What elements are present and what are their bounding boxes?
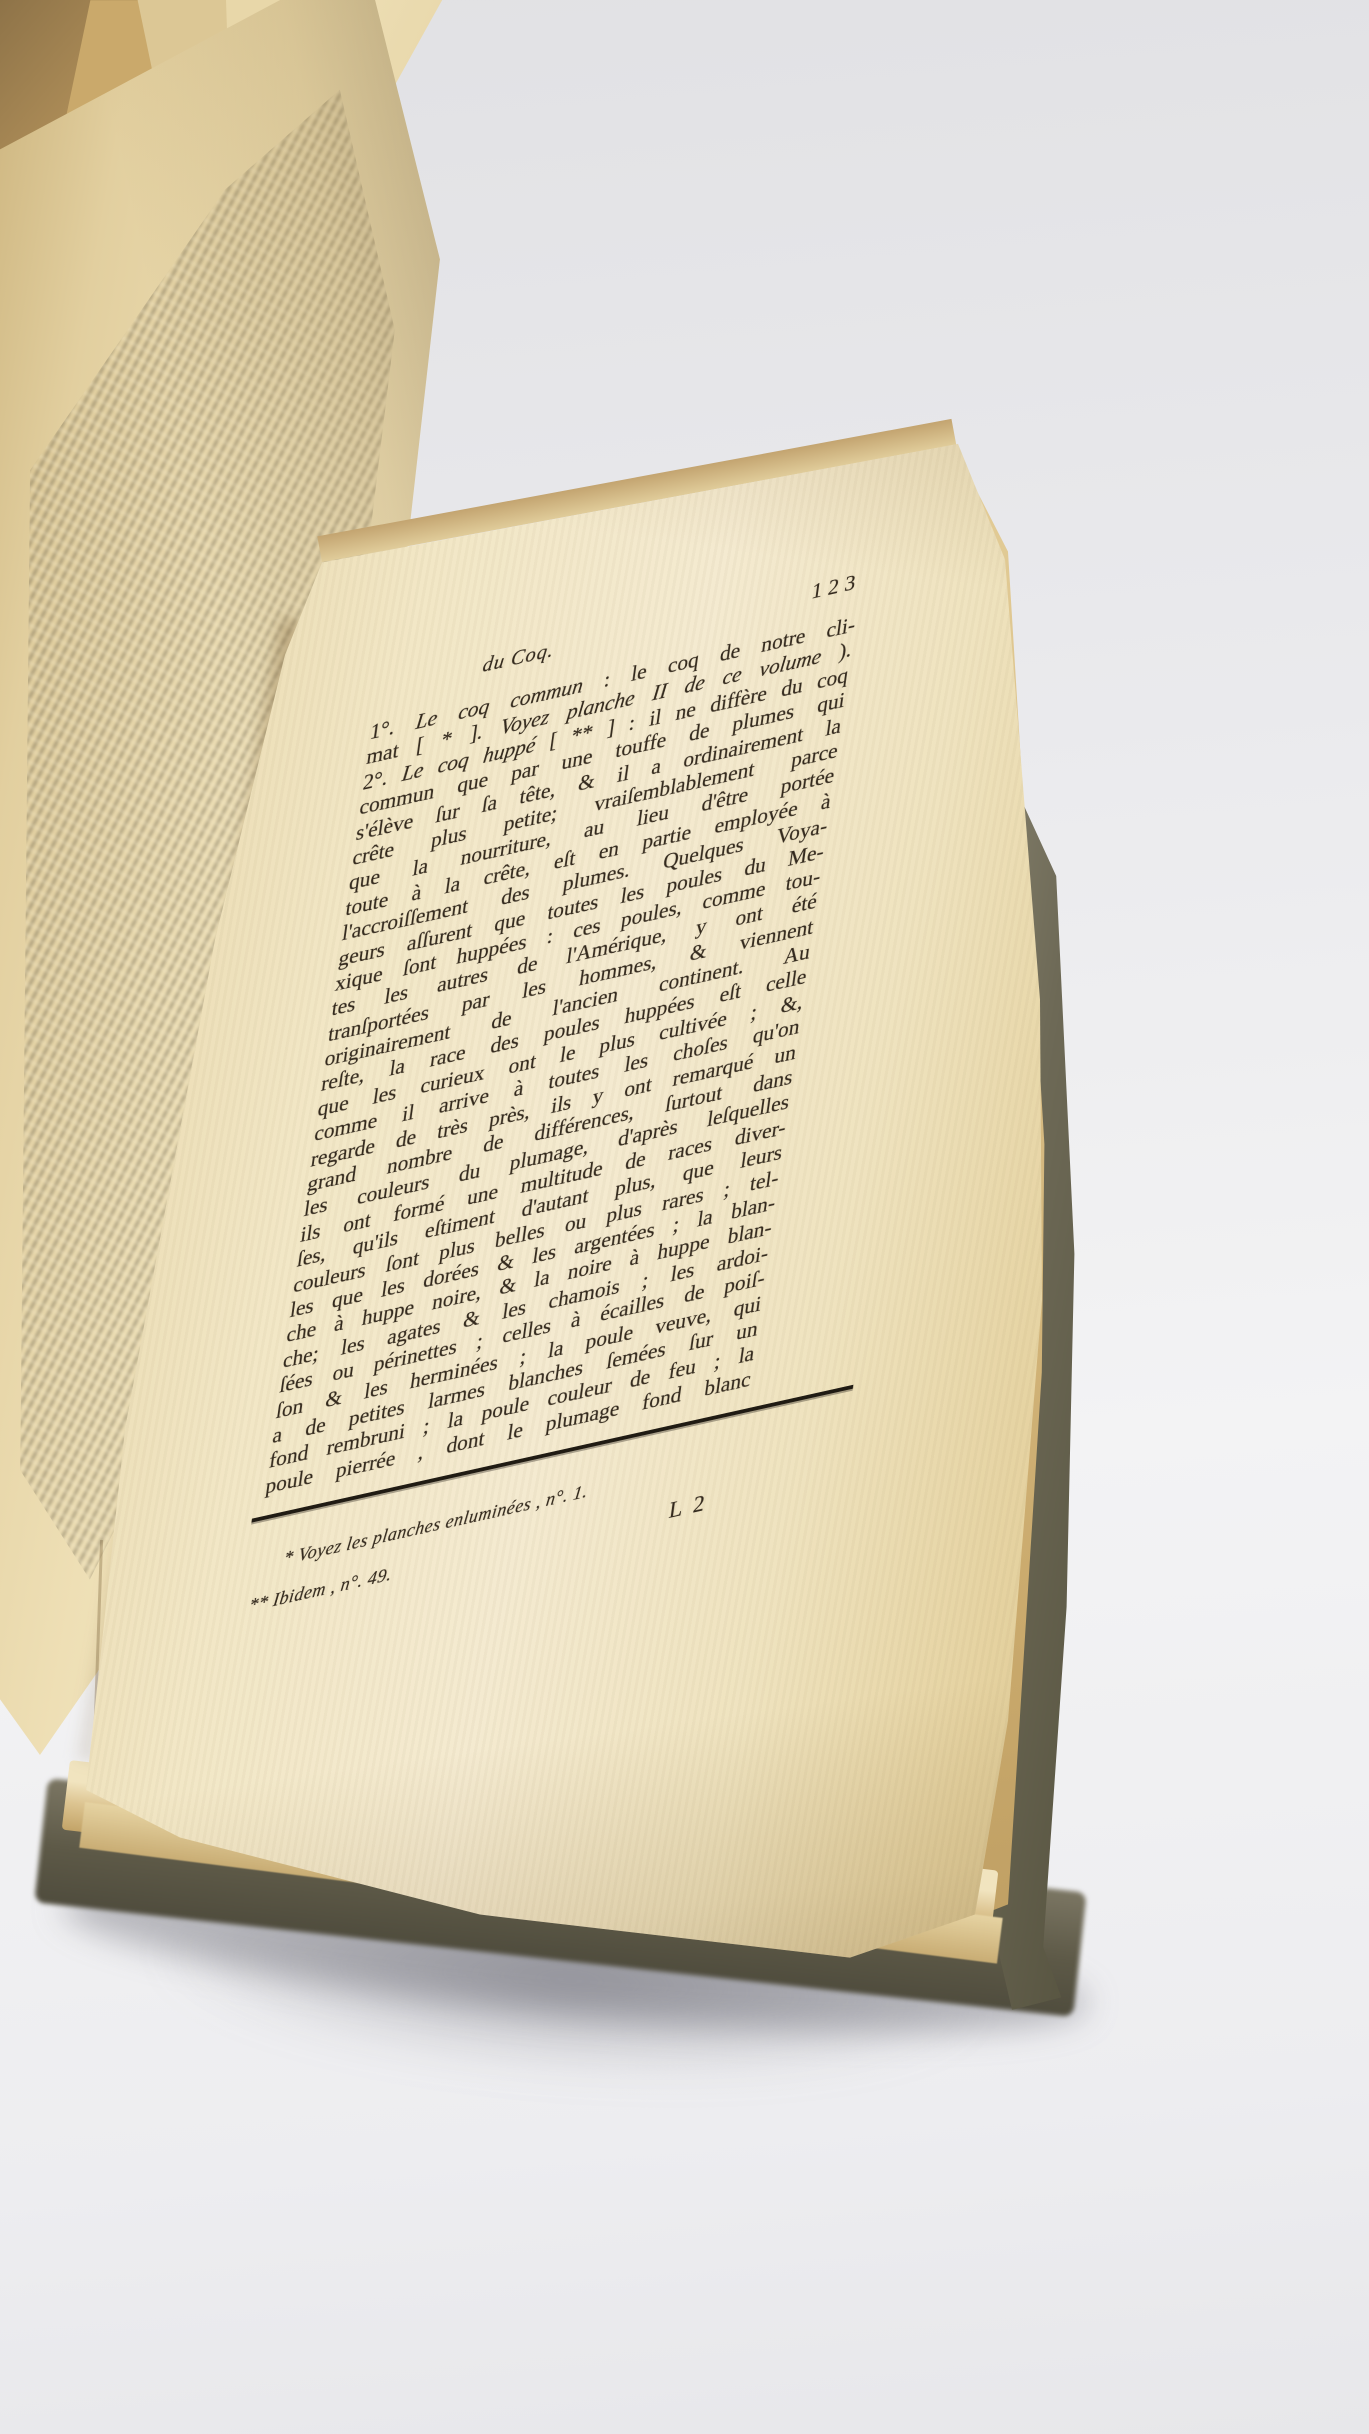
photo-stage: du Coq. 123 1°. Le coq commun : le coq d… (0, 0, 1369, 2434)
signature-mark: L 2 (667, 1489, 709, 1523)
header-spacer (375, 672, 482, 696)
